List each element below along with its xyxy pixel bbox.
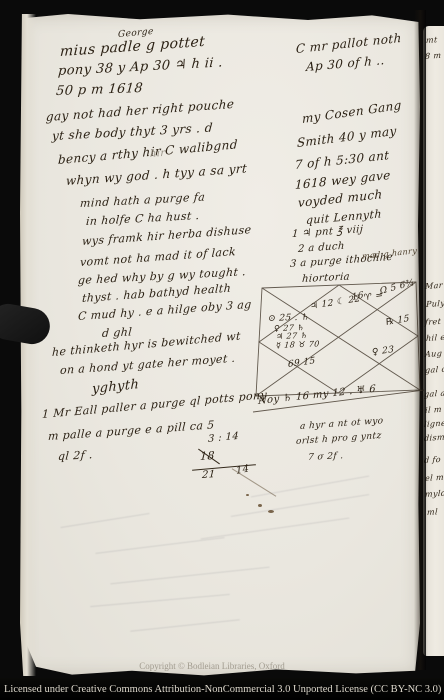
page-torn-edge — [20, 14, 36, 676]
manuscript-photo: George mius padle g pottet pony 38 y Ap … — [0, 0, 444, 700]
ink-smudge — [268, 510, 274, 513]
ink-smudge — [246, 494, 249, 496]
license-bar: Licensed under Creative Commons Attribut… — [0, 678, 444, 700]
facing-page-fragment: 8 m — [425, 51, 442, 61]
facing-page-fragment: myld — [425, 488, 444, 499]
pencil-word: hir — [150, 148, 166, 160]
facing-page-fragment: d fo 12 — [424, 454, 444, 465]
facing-page-fragment: gal o — [425, 364, 444, 375]
book-gutter-shadow — [414, 10, 426, 670]
facing-page-fragment: mt — [426, 35, 438, 45]
handwritten-line: ql 2f . — [58, 448, 94, 463]
chart-annotation: ☿ 18 ♉ 70 — [276, 339, 320, 350]
facing-page-fragment: dismt — [424, 432, 444, 443]
handwritten-line: 50 p m 1618 — [55, 81, 143, 99]
facing-page-fragment: gal a — [424, 388, 444, 399]
handwritten-line: d ghl — [102, 325, 133, 340]
facing-page-fragment: ml — [427, 507, 438, 517]
facing-page-fragment: il m — [425, 405, 442, 415]
facing-page-fragment: Aug — [425, 349, 443, 359]
arithmetic-line: 21 — [202, 469, 216, 481]
facing-page-fragment: ligne — [424, 418, 444, 429]
facing-page-fragment: fret — [425, 317, 442, 327]
facing-page-fragment: hil e — [426, 333, 444, 343]
handwritten-line: 7 σ 2f . — [308, 451, 344, 463]
facing-page-fragment: Puly — [426, 299, 444, 309]
facing-page-fragment: el m — [425, 473, 444, 483]
license-text: Licensed under Creative Commons Attribut… — [0, 684, 441, 695]
ink-smudge — [258, 504, 262, 507]
copyright-watermark: Copyright © Bodleian Libraries, Oxford — [0, 661, 424, 671]
facing-page-fragment: Mar — [425, 281, 443, 291]
